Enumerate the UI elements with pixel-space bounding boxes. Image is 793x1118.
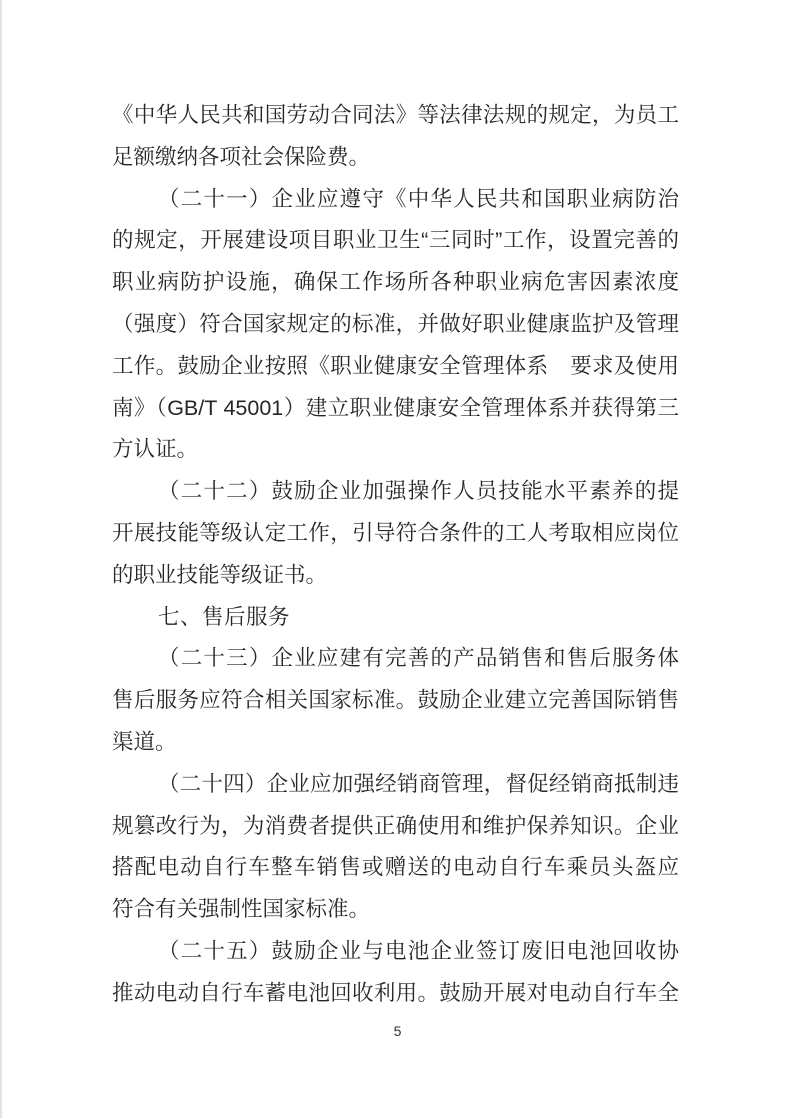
- text-line: 南》（GB/T 45001）建立职业健康安全管理体系并获得第三: [112, 388, 679, 430]
- document-content: 《中华人民共和国劳动合同法》等法律法规的规定，为员工 足额缴纳各项社会保险费。 …: [112, 95, 679, 1015]
- text-line: 《中华人民共和国劳动合同法》等法律法规的规定，为员工: [112, 95, 679, 137]
- text-line: 的规定，开展建设项目职业卫生“三同时”工作，设置完善的: [112, 220, 679, 262]
- text-line: 的职业技能等级证书。: [112, 555, 679, 597]
- text-line: 职业病防护设施，确保工作场所各种职业病危害因素浓度: [112, 262, 679, 304]
- text-line: 符合有关强制性国家标准。: [112, 889, 679, 931]
- text-line: （二十四）企业应加强经销商管理，督促经销商抵制违: [112, 764, 679, 806]
- text-line: 开展技能等级认定工作，引导符合条件的工人考取相应岗位: [112, 513, 679, 555]
- text-line: （二十二）鼓励企业加强操作人员技能水平素养的提升，: [112, 471, 679, 513]
- text-line: 工作。鼓励企业按照《职业健康安全管理体系 要求及使用指: [112, 346, 679, 388]
- text-line: 方认证。: [112, 429, 679, 471]
- section-heading: 七、售后服务: [112, 597, 679, 639]
- page-number: 5: [2, 1020, 793, 1042]
- text-line: 规篡改行为，为消费者提供正确使用和维护保养知识。企业: [112, 806, 679, 848]
- text-line: 渠道。: [112, 722, 679, 764]
- text-line: （二十一）企业应遵守《中华人民共和国职业病防治法》: [112, 179, 679, 221]
- text-line: 搭配电动自行车整车销售或赠送的电动自行车乘员头盔应: [112, 847, 679, 889]
- text-line: 售后服务应符合相关国家标准。鼓励企业建立完善国际销售: [112, 680, 679, 722]
- text-line: （强度）符合国家规定的标准，并做好职业健康监护及管理: [112, 304, 679, 346]
- text-line: （二十三）企业应建有完善的产品销售和售后服务体系，: [112, 638, 679, 680]
- text-line: 推动电动自行车蓄电池回收利用。鼓励开展对电动自行车全: [112, 973, 679, 1015]
- text-line: 足额缴纳各项社会保险费。: [112, 137, 679, 179]
- document-page: 《中华人民共和国劳动合同法》等法律法规的规定，为员工 足额缴纳各项社会保险费。 …: [0, 0, 793, 1118]
- text-line: （二十五）鼓励企业与电池企业签订废旧电池回收协议，: [112, 931, 679, 973]
